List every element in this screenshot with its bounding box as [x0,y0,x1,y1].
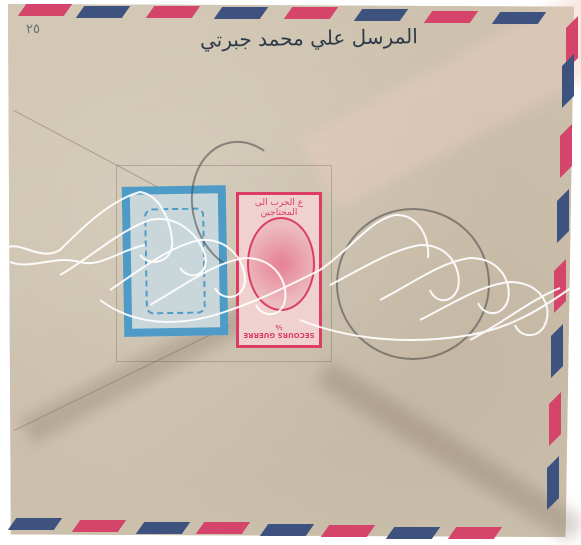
handwritten-sender: المرسل علي محمد جبرتي [200,24,418,52]
postmark-right [336,208,490,360]
corner-number: ٢٥ [26,22,40,37]
stamp-bottom-inscription: SECOURS GUERRE ¼ [243,323,315,339]
